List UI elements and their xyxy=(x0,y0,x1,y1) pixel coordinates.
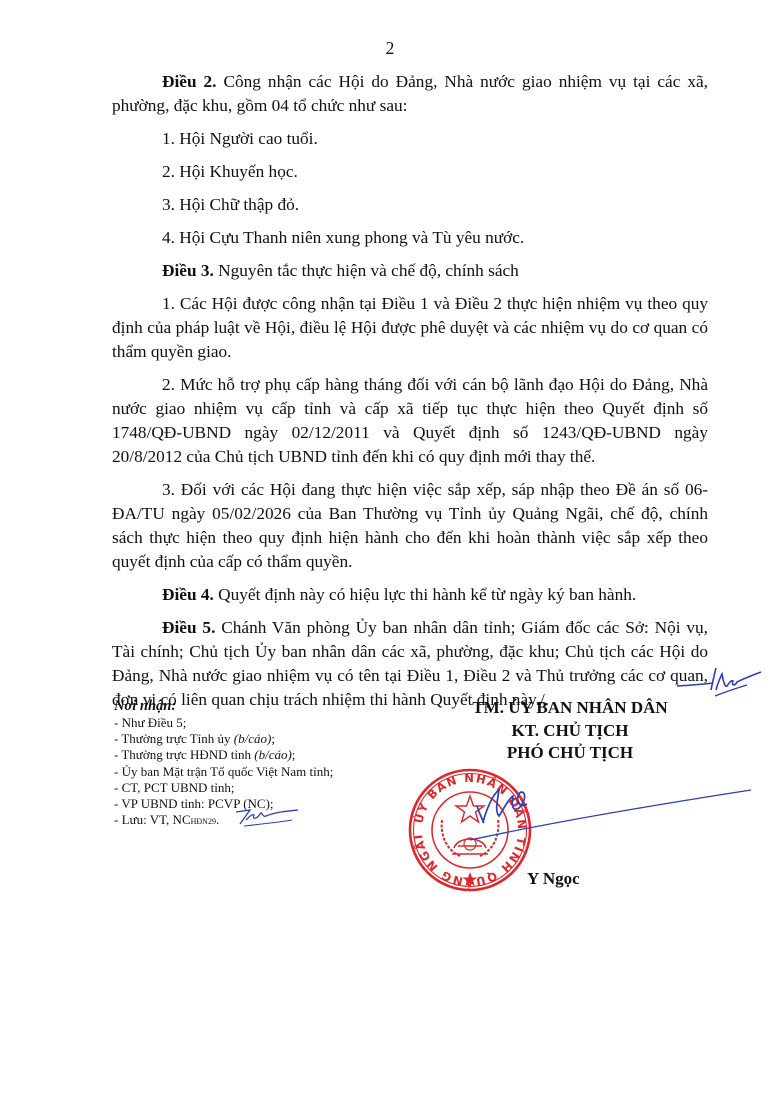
signature-block: TM. ỦY BAN NHÂN DÂN KT. CHỦ TỊCH PHÓ CHỦ… xyxy=(420,697,720,765)
list-item: 1. Hội Người cao tuổi. xyxy=(112,127,708,151)
article-4: Điều 4. Quyết định này có hiệu lực thi h… xyxy=(112,583,708,607)
article-3: Điều 3. Nguyên tắc thực hiện và chế độ, … xyxy=(112,259,708,283)
signer-name: Y Ngọc xyxy=(527,869,580,889)
archive-initials-icon xyxy=(232,806,302,828)
recipients-title: Nơi nhận: xyxy=(114,698,333,715)
list-item: 2. Hội Khuyến học. xyxy=(112,160,708,184)
recipient-item: - CT, PCT UBND tỉnh; xyxy=(114,780,333,796)
clause: 2. Mức hỗ trợ phụ cấp hàng tháng đối với… xyxy=(112,373,708,469)
signature-line-1: TM. ỦY BAN NHÂN DÂN xyxy=(420,697,720,720)
article-text: Nguyên tắc thực hiện và chế độ, chính sá… xyxy=(214,261,519,280)
signature-line-3: PHÓ CHỦ TỊCH xyxy=(420,742,720,765)
article-text: Quyết định này có hiệu lực thi hành kể t… xyxy=(214,585,636,604)
recipient-item: - Ủy ban Mặt trận Tổ quốc Việt Nam tỉnh; xyxy=(114,764,333,780)
article-heading: Điều 3. xyxy=(162,261,214,280)
article-heading: Điều 2. xyxy=(162,72,217,91)
clause: 3. Đối với các Hội đang thực hiện việc s… xyxy=(112,478,708,574)
handwritten-signature-icon xyxy=(455,778,755,858)
article-2: Điều 2. Công nhận các Hội do Đảng, Nhà n… xyxy=(112,70,708,118)
signature-line-2: KT. CHỦ TỊCH xyxy=(420,720,720,743)
article-heading: Điều 4. xyxy=(162,585,214,604)
recipient-item: - Như Điều 5; xyxy=(114,715,333,731)
list-item: 3. Hội Chữ thập đỏ. xyxy=(112,193,708,217)
list-item: 4. Hội Cựu Thanh niên xung phong và Tù y… xyxy=(112,226,708,250)
document-body: Điều 2. Công nhận các Hội do Đảng, Nhà n… xyxy=(112,70,708,721)
page-number: 2 xyxy=(0,38,780,59)
article-heading: Điều 5. xyxy=(162,618,215,637)
recipient-item: - Thường trực HĐND tỉnh (b/cáo); xyxy=(114,747,333,763)
clause: 1. Các Hội được công nhận tại Điều 1 và … xyxy=(112,292,708,364)
recipient-item: - Thường trực Tỉnh ủy (b/cáo); xyxy=(114,731,333,747)
